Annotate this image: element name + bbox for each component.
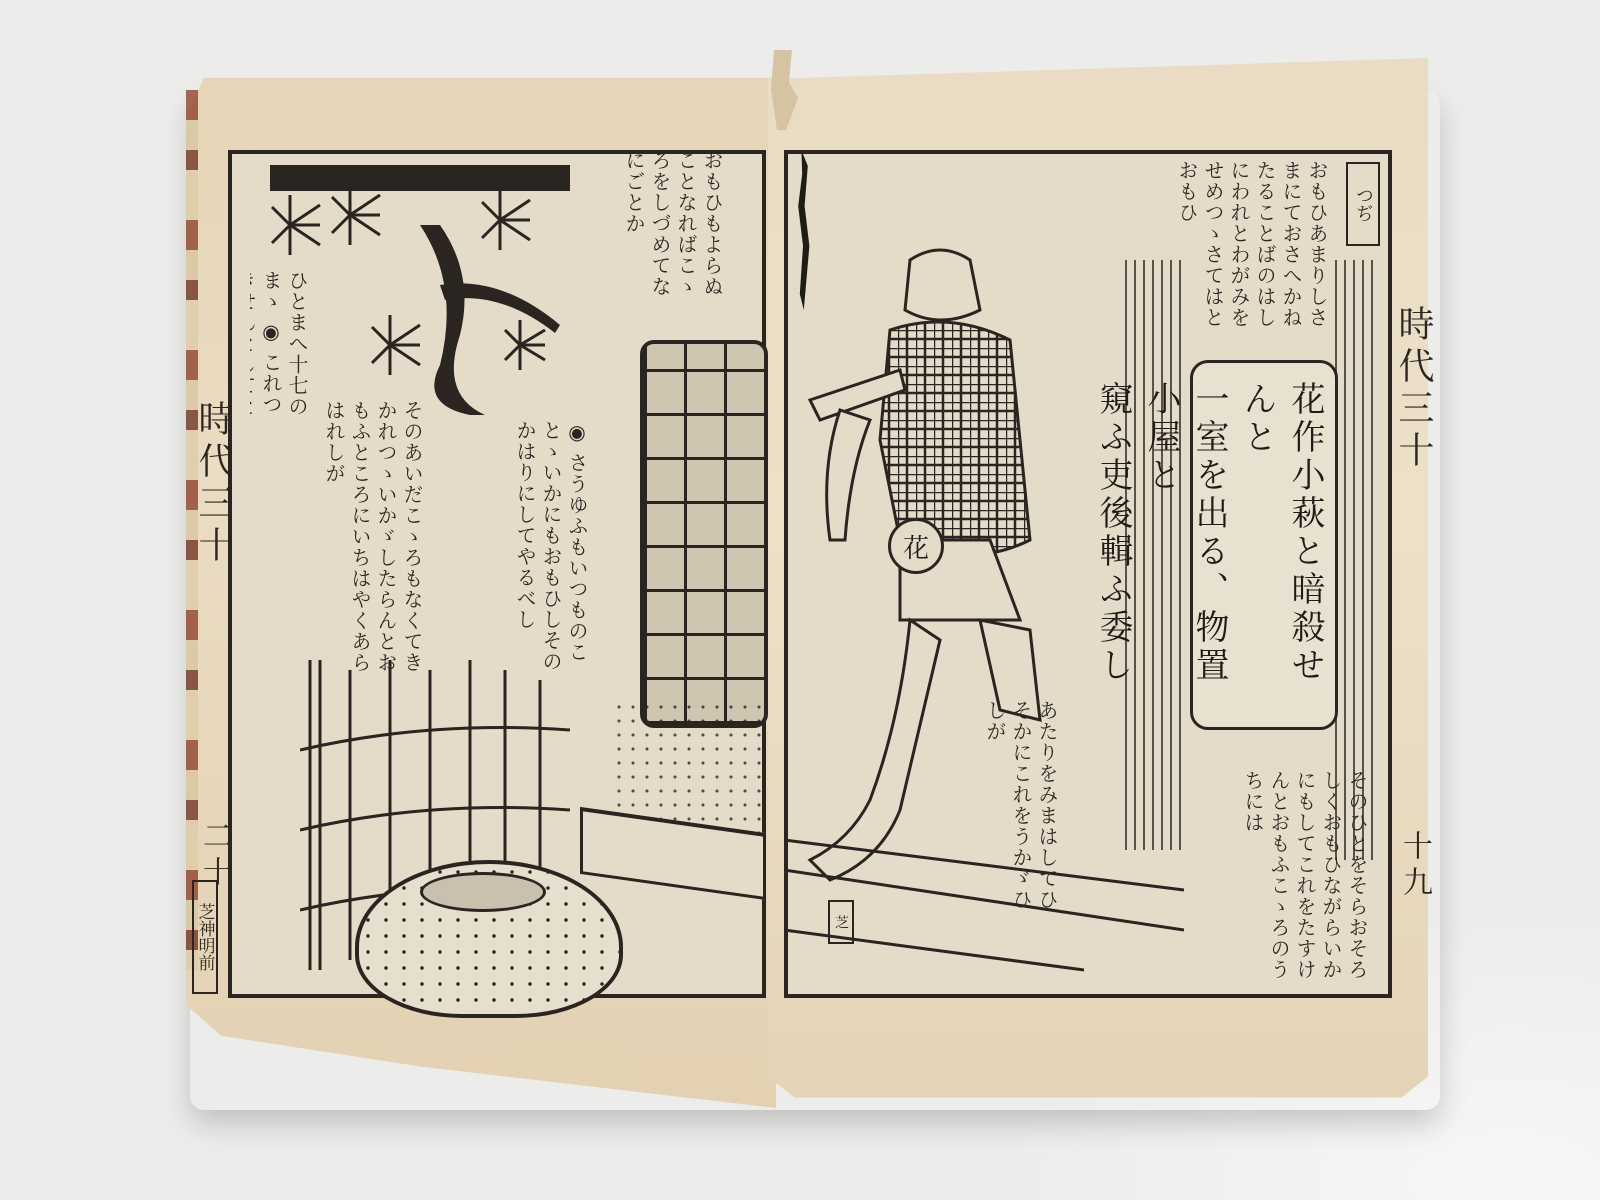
- right-lower-text: そのひとをそらおそろしくおもひながらいかにもしてこれをたすけんとおもふこゝろのう…: [1060, 770, 1370, 980]
- robe-crest-flower: 花: [888, 518, 944, 574]
- cartouche-column-3: 窺ふ吏後輯ふ委し: [1089, 381, 1137, 709]
- publisher-box: 芝神明前: [192, 880, 218, 994]
- water-basin-bowl: [420, 872, 546, 912]
- right-lower-middle-text: あたりをみまはしてひそかにこれをうかゞひしが: [880, 700, 1060, 930]
- left-upper-text: ひとまへ十七のまゝ ◉ これつきせんとしてとうしてもにはのまへ: [250, 270, 310, 420]
- right-page-number: 十九: [1392, 830, 1436, 902]
- right-margin-title: 時代三十: [1388, 305, 1439, 473]
- pine-tree-illustration: [270, 165, 570, 415]
- artist-signature: 芝: [828, 900, 854, 944]
- corner-tag: つぢ: [1346, 162, 1380, 246]
- left-center-text: ◉ さうゆふもいつものことゝいかにもおもひしそのかはりにしてやるべし: [425, 420, 590, 680]
- cartouche-column-2: 一室を出る、物置小屋と: [1137, 381, 1233, 709]
- cartouche-column-1: 花作小萩と暗殺せんと: [1233, 381, 1329, 709]
- title-cartouche: 花作小萩と暗殺せんと 一室を出る、物置小屋と 窺ふ吏後輯ふ委し: [1190, 360, 1338, 730]
- left-top-right-text: おもひもよらぬことなればこゝろをしづめてなにごとか: [585, 150, 725, 300]
- lattice-window-illustration: [640, 340, 768, 728]
- left-middle-text: そのあいだこゝろもなくてきかれつゝいかゞしたらんとおもふところにいちはやくあらは…: [245, 400, 425, 690]
